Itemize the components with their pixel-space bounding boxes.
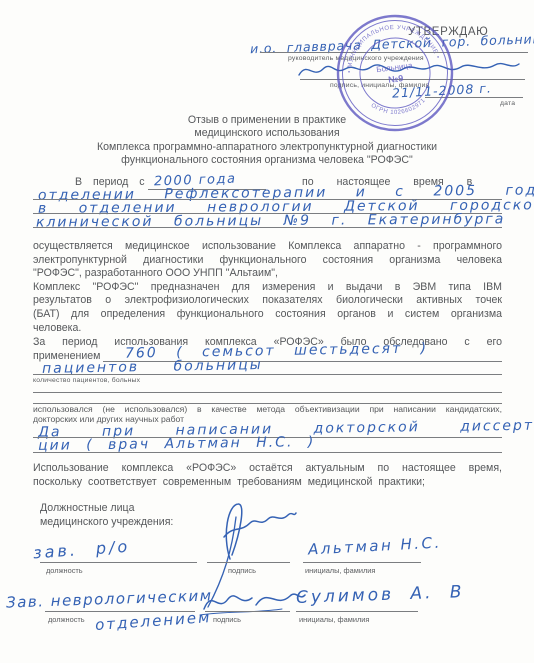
stamp-center-line2: №9 <box>388 73 404 85</box>
title-line-4: функционального состояния организма чело… <box>30 154 504 167</box>
survey-blank-rule-2 <box>33 374 502 375</box>
row2-position-label: должность <box>48 615 85 624</box>
actuality-line-1: Использование комплекса «РОФЭС» остаётся… <box>33 462 502 476</box>
row1-name-handwriting: Альтман Н.С. <box>308 534 443 559</box>
body-line-1: осуществляется медицинское использование… <box>33 240 502 254</box>
body-line-4: Комплекс "РОФЭС" предназначен для измере… <box>33 281 502 295</box>
body-line-3: "РОФЭС", разработанного ООО УНПП "Альтаи… <box>33 267 502 281</box>
body-line-6: (БАТ) для определения функционального со… <box>33 308 502 322</box>
body-line-2: электропунктурной диагностики функционал… <box>33 254 502 268</box>
body-paragraph: осуществляется медицинское использование… <box>33 240 502 335</box>
period-rule-3 <box>33 227 502 228</box>
row2-name-handwriting: Сулимов А. В <box>296 582 465 608</box>
officials-heading-line1: Должностные лица <box>40 502 173 516</box>
row2-signature-rule <box>205 611 290 612</box>
row1-signature-rule <box>207 562 290 563</box>
row2-position-rule <box>45 611 195 612</box>
title-line-2: медицинского использования <box>30 127 504 140</box>
row2-signature-label: подпись <box>213 615 241 624</box>
title-line-1: Отзыв о применении в практике <box>30 114 504 127</box>
row2-signature <box>196 583 306 619</box>
empty-rule-1 <box>33 392 502 393</box>
body-line-7: человека. <box>33 322 502 336</box>
method-handwriting-line2: ции ( врач Альтман Н.С. ) <box>38 434 316 454</box>
actuality-line-2: поскольку соответствует современным треб… <box>33 476 502 490</box>
approval-date-caption: дата <box>500 100 515 107</box>
method-rule-2 <box>33 452 502 453</box>
row1-name-rule <box>303 562 421 563</box>
row1-signature-label: подпись <box>228 566 256 575</box>
stamp-center-line1: Больница <box>376 61 414 74</box>
actuality-paragraph: Использование комплекса «РОФЭС» остаётся… <box>33 462 502 489</box>
officials-heading-line2: медицинского учреждения: <box>40 516 173 530</box>
document-title: Отзыв о применении в практике медицинско… <box>30 114 504 168</box>
body-line-5: результатов о электрофизиологических пок… <box>33 294 502 308</box>
row1-position-label: должность <box>46 566 83 575</box>
survey-caption: количество пациентов, больных <box>33 377 140 384</box>
row2-name-label: инициалы, фамилия <box>299 615 369 624</box>
row2-position-handwriting-line1: Зав. неврологическим <box>6 586 213 611</box>
title-line-3: Комплекса программно-аппаратного электро… <box>30 141 504 154</box>
row1-position-handwriting: зав. р/о <box>32 537 130 563</box>
scanned-document-page: УТВЕРЖДАЮ и.о. главврача Детской гор. бо… <box>0 0 534 663</box>
officials-heading: Должностные лица медицинского учреждения… <box>40 502 173 529</box>
row2-name-rule <box>296 611 418 612</box>
row1-name-label: инициалы, фамилия <box>305 566 375 575</box>
row1-position-rule <box>40 562 197 563</box>
